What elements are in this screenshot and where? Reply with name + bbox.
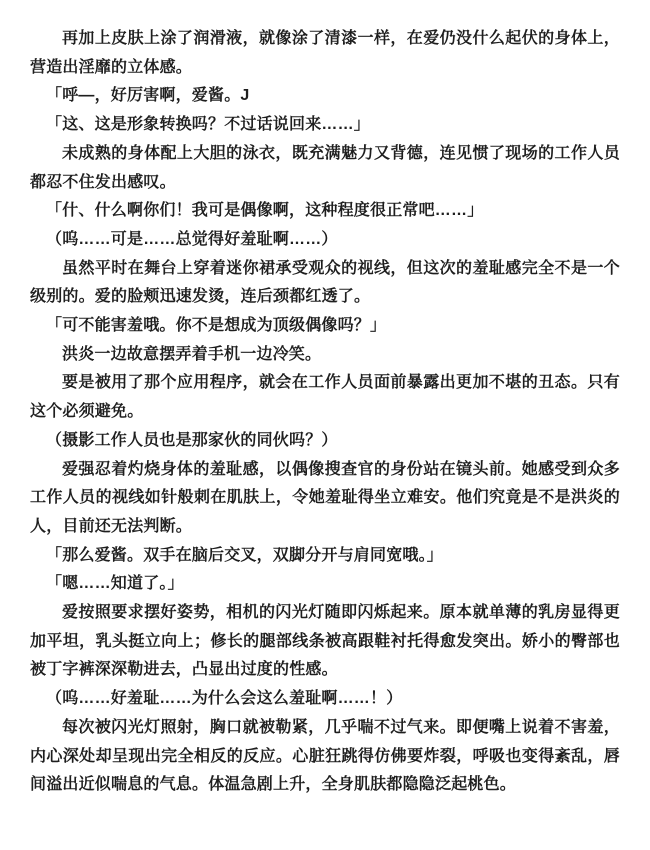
paragraph: 爱强忍着灼烧身体的羞耻感，以偶像搜查官的身份站在镜头前。她感受到众多工作人员的视… — [30, 456, 620, 542]
paragraph: （呜……可是……总觉得好羞耻啊……） — [30, 226, 620, 255]
paragraph: 未成熟的身体配上大胆的泳衣，既充满魅力又背德，连见惯了现场的工作人员都忍不住发出… — [30, 140, 620, 197]
document-page: { "page": { "bg_color": "#ffffff", "text… — [0, 0, 650, 850]
paragraph: 每次被闪光灯照射，胸口就被勒紧，几乎喘不过气来。即便嘴上说着不害羞，内心深处却呈… — [30, 714, 620, 800]
page: 再加上皮肤上涂了润滑液，就像涂了清漆一样，在爱仍没什么起伏的身体上，营造出淫靡的… — [0, 0, 650, 850]
paragraph: 洪炎一边故意摆弄着手机一边冷笑。 — [30, 341, 620, 370]
paragraph: （摄影工作人员也是那家伙的同伙吗？） — [30, 427, 620, 456]
text-body: 再加上皮肤上涂了润滑液，就像涂了清漆一样，在爱仍没什么起伏的身体上，营造出淫靡的… — [30, 25, 620, 800]
paragraph: 「什、什么啊你们！我可是偶像啊，这种程度很正常吧……」 — [30, 197, 620, 226]
paragraph: 要是被用了那个应用程序，就会在工作人员面前暴露出更加不堪的丑态。只有这个必须避免… — [30, 369, 620, 426]
paragraph: 「嗯……知道了。」 — [30, 570, 620, 599]
paragraph: 「呼—，好厉害啊，爱酱。J — [30, 82, 620, 111]
paragraph: （呜……好羞耻……为什么会这么羞耻啊……！） — [30, 685, 620, 714]
paragraph: 爱按照要求摆好姿势，相机的闪光灯随即闪烁起来。原本就单薄的乳房显得更加平坦，乳头… — [30, 599, 620, 685]
paragraph: 「那么爱酱。双手在脑后交叉，双脚分开与肩同宽哦。」 — [30, 542, 620, 571]
paragraph: 「这、这是形象转换吗？不过话说回来……」 — [30, 111, 620, 140]
paragraph: 再加上皮肤上涂了润滑液，就像涂了清漆一样，在爱仍没什么起伏的身体上，营造出淫靡的… — [30, 25, 620, 82]
paragraph: 「可不能害羞哦。你不是想成为顶级偶像吗？」 — [30, 312, 620, 341]
paragraph: 虽然平时在舞台上穿着迷你裙承受观众的视线，但这次的羞耻感完全不是一个级别的。爱的… — [30, 255, 620, 312]
